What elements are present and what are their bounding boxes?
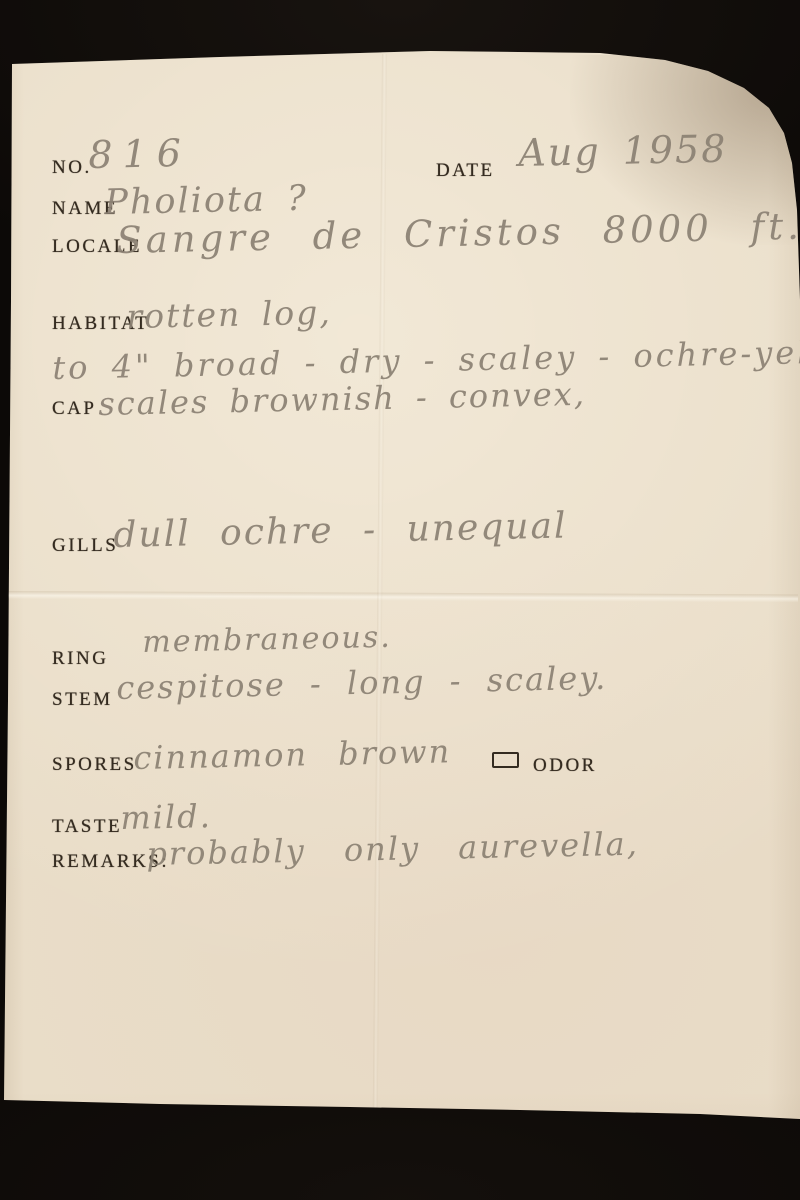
field-date-value: Aug 1958: [518, 130, 728, 172]
field-no-label: NO.: [52, 158, 92, 177]
odor-checkbox: [492, 752, 519, 768]
field-no-value: 816: [88, 134, 191, 174]
field-spores-value: cinnamon brown: [133, 735, 451, 774]
field-ring-value: membraneous.: [142, 623, 392, 658]
field-stem-value: cespitose - long - scaley.: [116, 662, 608, 704]
field-taste-label: TASTE: [52, 817, 122, 836]
field-cap-value: scales brownish - convex,: [98, 378, 586, 420]
field-spores-label: SPORES: [52, 755, 137, 774]
field-habitat-value: rotten log,: [126, 296, 332, 333]
field-date-label: DATE: [436, 161, 495, 180]
field-cap-label: CAP: [52, 399, 96, 418]
field-taste-value: mild.: [120, 800, 212, 834]
field-gills-label: GILLS: [52, 536, 118, 555]
field-remarks-value: probably only aurevella,: [146, 828, 639, 870]
field-cap-note-value: to 4" broad - dry - scaley - ochre-yello…: [52, 335, 800, 384]
field-odor-label: ODOR: [533, 756, 597, 775]
horizontal-fold-crease: [6, 591, 798, 602]
record-card-paper: NO. 816 DATE Aug 1958 NAME Pholiota ? LO…: [0, 0, 800, 1200]
photo-background: NO. 816 DATE Aug 1958 NAME Pholiota ? LO…: [0, 0, 800, 1200]
field-ring-label: RING: [52, 649, 108, 668]
field-gills-value: dull ochre - unequal: [113, 508, 568, 554]
field-stem-label: STEM: [52, 690, 113, 709]
